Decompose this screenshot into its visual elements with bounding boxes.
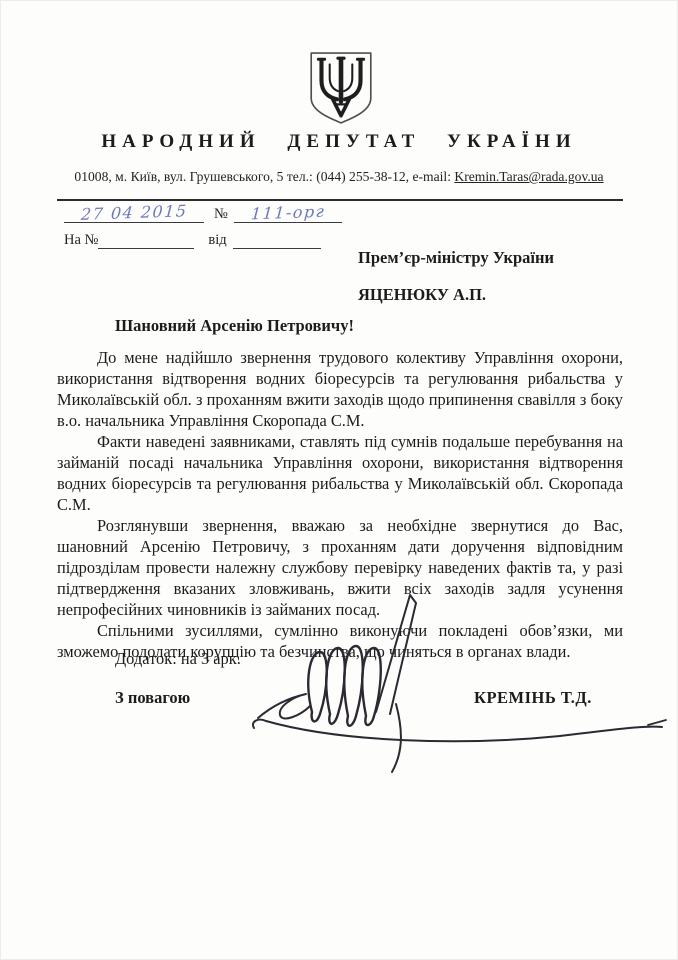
email-link[interactable]: Kremin.Taras@rada.gov.ua: [454, 169, 603, 184]
reply-number-line: [98, 230, 194, 249]
handwritten-number: 111-орг: [250, 202, 326, 224]
letter-body: До мене надійшло звернення трудового кол…: [57, 347, 623, 662]
attachment-note: Додаток: на 3 арк.: [115, 649, 241, 669]
reply-number-label: На №: [64, 232, 98, 249]
reply-date-line: [233, 230, 321, 249]
handwritten-date: 27 04 2015: [80, 201, 188, 224]
paragraph: Факти наведені заявниками, ставлять під …: [57, 431, 623, 515]
number-line: 111-орг: [234, 204, 342, 223]
paragraph: До мене надійшло звернення трудового кол…: [57, 347, 623, 431]
addressee-name: ЯЦЕНЮКУ А.П.: [358, 285, 554, 305]
reply-date-label: від: [208, 232, 226, 249]
salutation: Шановний Арсенію Петровичу!: [115, 316, 354, 336]
closing-respectfully: З повагою: [115, 688, 190, 708]
reply-row: На №від: [64, 230, 342, 256]
address-text: 01008, м. Київ, вул. Грушевського, 5 тел…: [74, 169, 454, 184]
addressee-block: Прем’єр-міністру України ЯЦЕНЮКУ А.П.: [358, 248, 554, 322]
reference-block: 27 04 2015№111-орг На №від: [64, 204, 342, 256]
letterhead-divider: [57, 199, 623, 201]
signer-name: КРЕМІНЬ Т.Д.: [474, 688, 592, 708]
letterhead-title: НАРОДНИЙ ДЕПУТАТ УКРАЇНИ: [0, 131, 678, 153]
paragraph: Розглянувши звернення, вважаю за необхід…: [57, 515, 623, 620]
date-line: 27 04 2015: [64, 204, 204, 223]
ukraine-trident-emblem-icon: [307, 50, 375, 126]
outgoing-row: 27 04 2015№111-орг: [64, 204, 342, 230]
addressee-position: Прем’єр-міністру України: [358, 248, 554, 268]
number-label: №: [214, 206, 228, 223]
letterhead-address: 01008, м. Київ, вул. Грушевського, 5 тел…: [0, 169, 678, 185]
scanned-letter-page: НАРОДНИЙ ДЕПУТАТ УКРАЇНИ 01008, м. Київ,…: [0, 0, 678, 960]
